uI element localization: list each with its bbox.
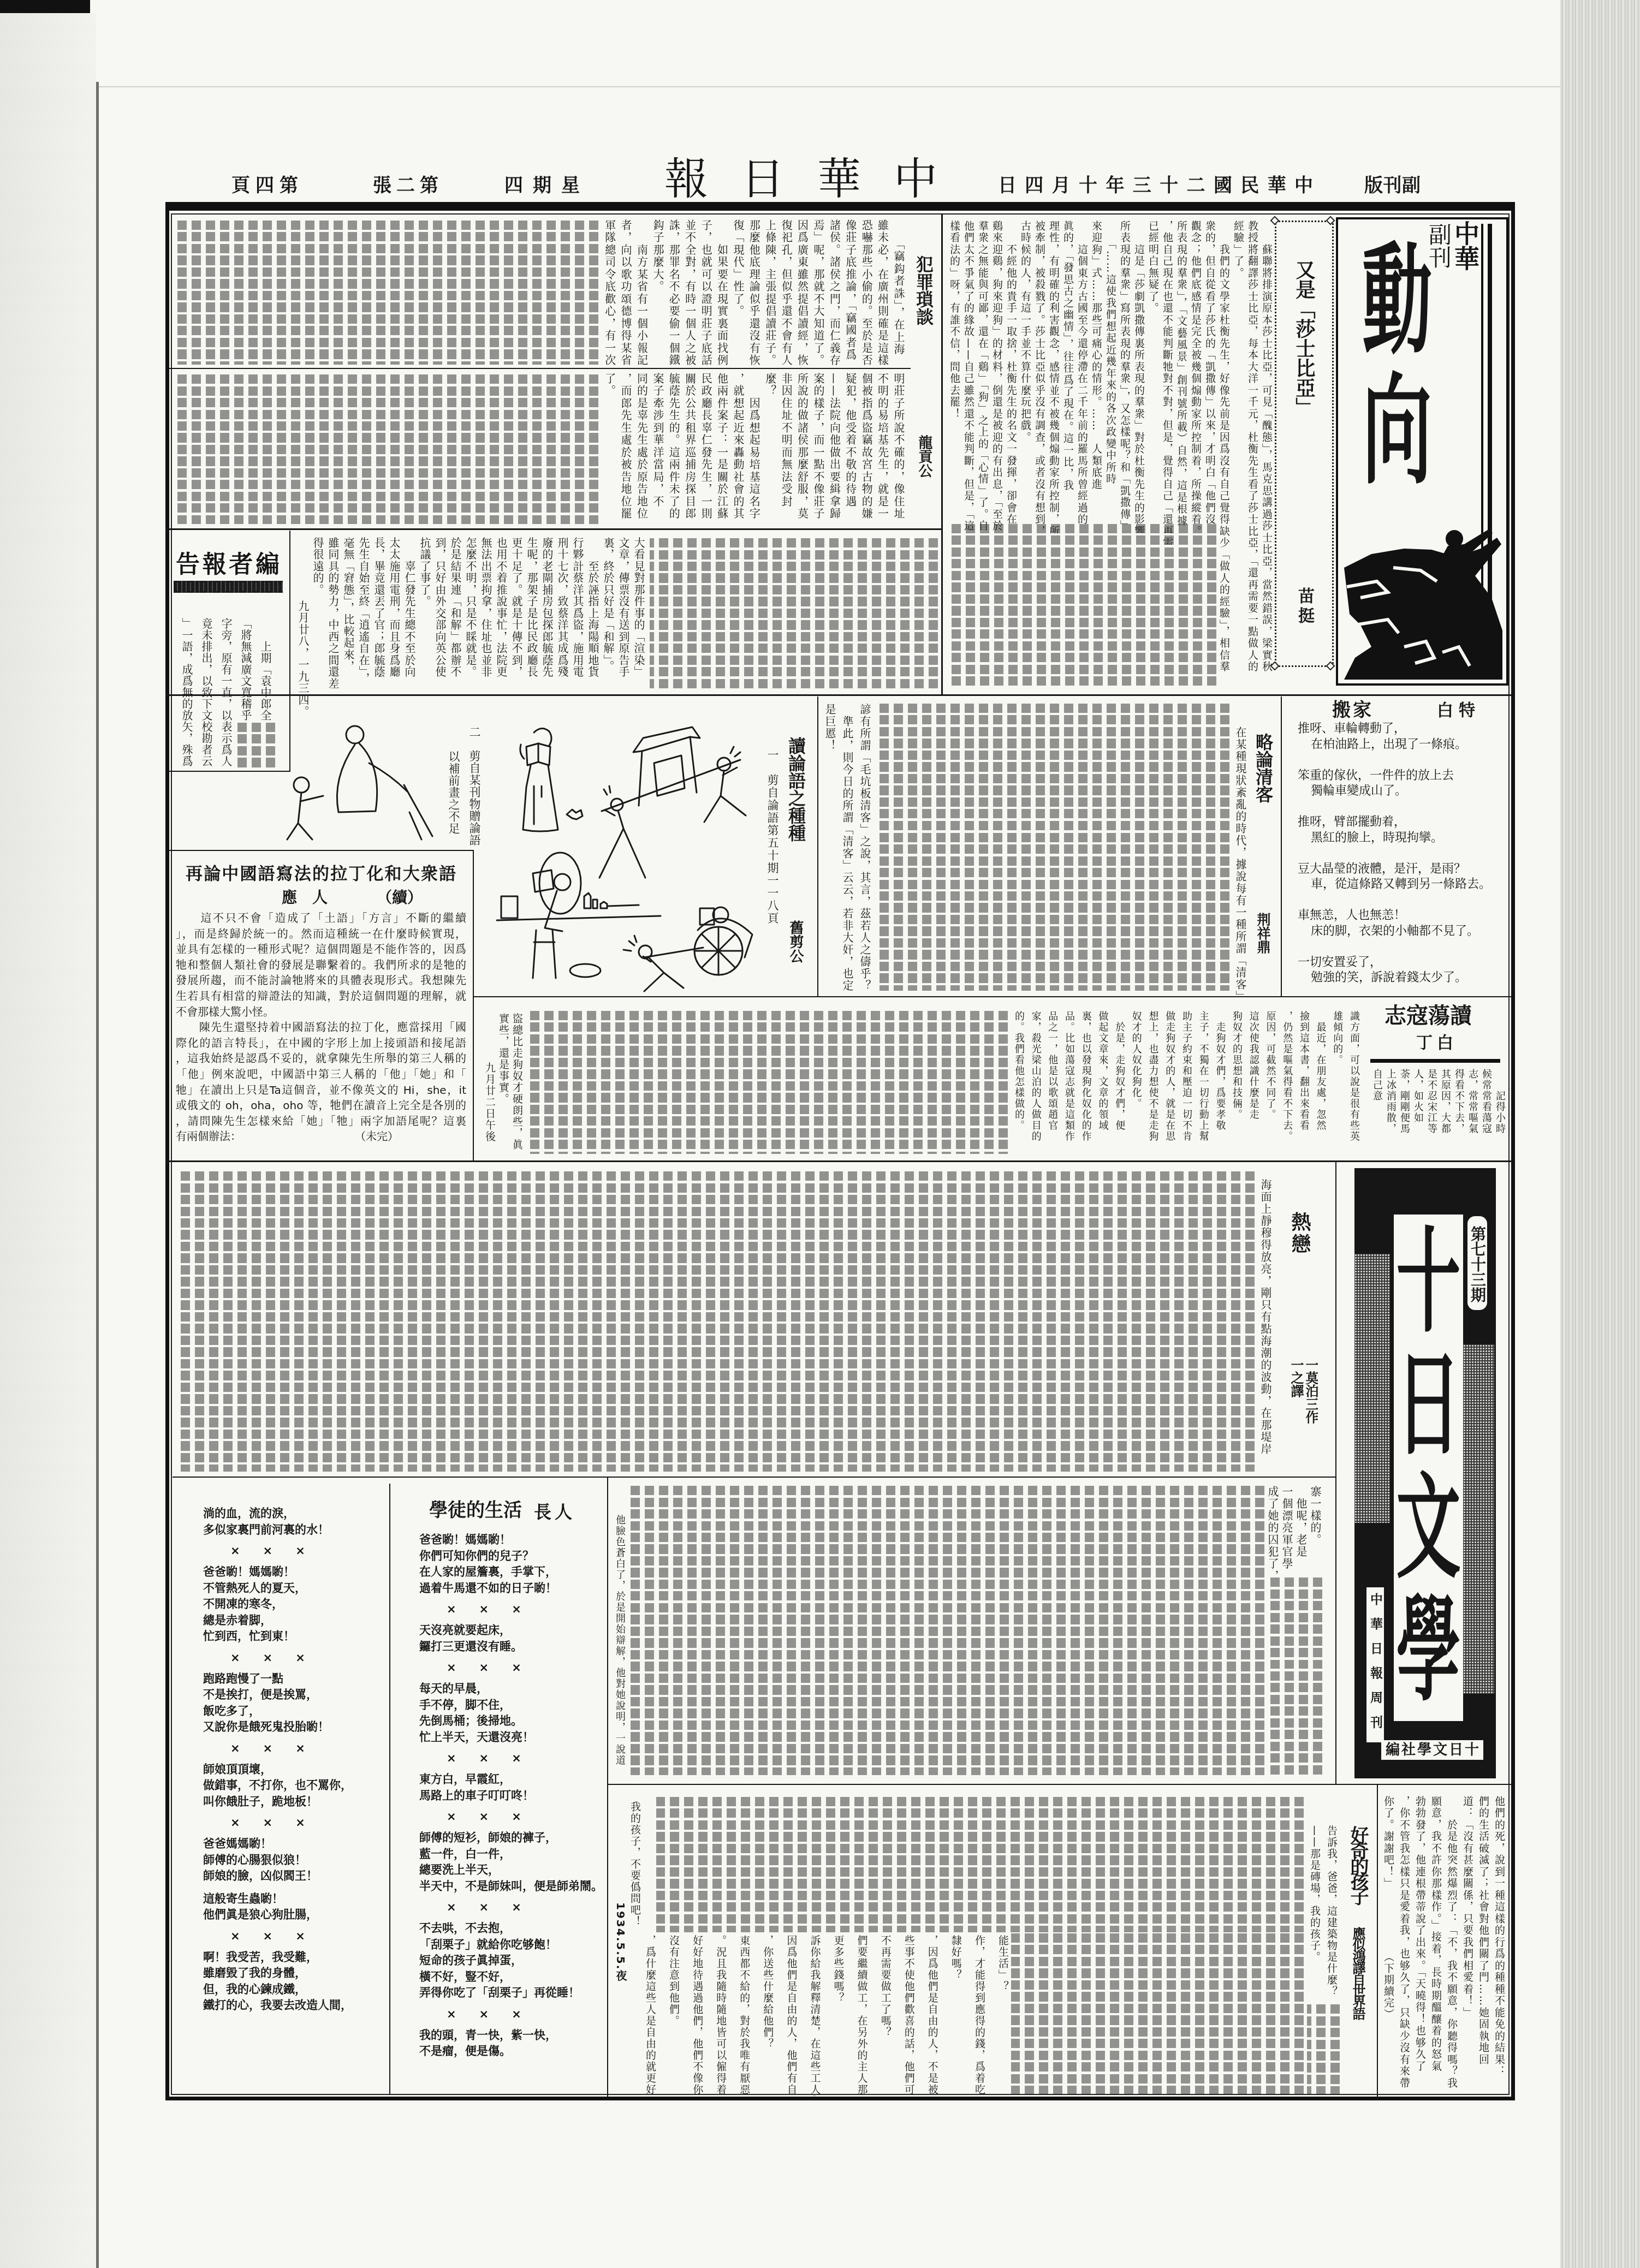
text-column: 關於公共租界巡捕房探目郎 (681, 373, 697, 526)
second-cartoon-note: 以補前畫之不足 (447, 751, 461, 835)
text-column: 經驗」了。 (1231, 221, 1245, 688)
text-column: 願意，我不許你那樣作。」接着，長時期醞釀着的怒氣 (1428, 1796, 1443, 2095)
text-column: 毫無「窘態」，比較起來， (341, 537, 356, 691)
text-column: 更十足了。就是十傳不到， (509, 537, 524, 691)
band-rule (474, 996, 1512, 997)
article-author: 荆祥鼎 (1255, 913, 1271, 954)
text-line: 際化的語言特長」，在中國的字形上加上接頭語和接尾語 (176, 1035, 466, 1051)
poem-line: 過着牛馬還不如的日子喲！ (419, 1580, 606, 1597)
dangkouzhi-closing: 盜總比走狗奴才硬朗些，眞實些，還是事實。 (496, 1013, 524, 1156)
text-column: 奴才的人奴化狗化。 (1127, 1011, 1144, 1145)
article-author: 龍貢公 (916, 435, 932, 478)
text-column: 者，向以歌功頌德博得某省 (617, 219, 633, 368)
section-label: 副刊版 (1364, 174, 1421, 198)
box-rule (165, 850, 474, 851)
text-column: 得很遠的。 (310, 537, 325, 691)
text-column: 隸好嗎？ (949, 1935, 963, 2096)
poem-line: × × × (419, 2001, 606, 2027)
article-closing-column: 他臉色蒼白了，於是開始辯解，他對她說明，一說道 (613, 1515, 627, 1766)
poem-right-column: 爸爸喲！媽媽喲！你們可知你們的兒子？在人家的屋簷裏，手掌下，過着牛馬還不如的日子… (419, 1532, 606, 2059)
tier-rule (173, 1477, 1335, 1478)
poem-line: 先倒馬桶；後掃地。 (419, 1713, 606, 1729)
editor-label: 十日文學社編 (1381, 1740, 1483, 1760)
text-column: 雄傾向的。 (1329, 1011, 1346, 1145)
text-column: 他兩件案子：一是關於江蘇 (714, 373, 729, 526)
article-title: 好奇的孩子 (1347, 1826, 1368, 1902)
poem-line: 勉強的笑，訴說着錢太少了。 (1298, 970, 1508, 986)
page-number: 第四頁 (231, 174, 298, 198)
poem-line: 短命的孩子眞掉蛋， (419, 1952, 606, 1969)
poem-line: 不是瘤，便是傷。 (419, 2043, 606, 2059)
top-heavy-rule (165, 202, 1515, 211)
text-column: 了。 (601, 373, 617, 526)
text-line: ，這我始終是認爲不妥的，就拿陳先生所舉的第三人稱的 (176, 1051, 466, 1067)
text-column: 案子牽涉到華洋當局，不 (650, 373, 665, 526)
text-column: ，你送些什麼給他們？ (760, 1935, 775, 2096)
poem-line: 雖磨毀了我的身體， (203, 1965, 388, 1981)
text-column: ，而郎先生處於被告地位罷 (617, 373, 633, 526)
poem-line: 忙上半天，天還沒亮！ (419, 1729, 606, 1746)
poem-line: × × × (419, 1745, 606, 1771)
lunyu-cartoon-drawing (480, 699, 764, 993)
article-body: 這不只不會「造成了「土語」「方言」不斷的繼續」，而是終歸於統一的。然而這種統一在… (176, 910, 466, 1129)
second-cartoon-caption: 二 剪自某刊物贈論語 (467, 726, 482, 846)
text-column: 家，殺光梁山泊的人做目的 (1027, 1011, 1044, 1145)
text-column: 案的樣子，而一點不像莊子 (810, 373, 826, 526)
text-line: ，請問陳先生怎樣來給「她」「牠」兩字加語尾呢？這裏 (176, 1114, 466, 1129)
text-column: 教授將翻譯莎士比亞，每本大洋一千元，杜衡先生看了莎士比亞，「還再需要一點做人的 (1245, 221, 1259, 688)
text-column: 也用不着推說事忙，法院更 (494, 537, 509, 691)
column-rule (1335, 1162, 1336, 1785)
text-column: 東西都不給的，對於我唯有厭惡 (737, 1935, 751, 2096)
article-dateline: 九月廿八，一九三四。 (296, 600, 310, 718)
poem-line: 爸爸喲！媽媽喲！ (419, 1532, 606, 1548)
text-column: 們要繼續做工，在另外的主人那 (855, 1935, 869, 2096)
text-column: 因爲廣東雖然提倡讀經，恢 (794, 219, 810, 368)
poem-line: × × × (203, 1809, 388, 1836)
column-rule (941, 214, 943, 694)
crime-tier3: 大看見對那件事的「渲染」文章，傳票沒有送到原告手裏，終於只好是「和解」。 至於誣… (310, 537, 646, 691)
poem-line: 手不停，脚不住， (419, 1697, 606, 1713)
illegible-text-columns (951, 524, 1216, 686)
poem-line: 推呀，臂部擺動着， (1298, 814, 1508, 830)
second-cartoon-drawing (175, 703, 442, 848)
poem-line: × × × (203, 1538, 388, 1564)
text-column: 一個漂亮軍官學 (1280, 1486, 1294, 1576)
poem-line: 不是挨打，便是挨罵， (203, 1687, 388, 1703)
text-column: ，仍然是嘔氣得看不下去。 (1278, 1011, 1295, 1145)
text-column: ，就想起近來轟動社會的其 (730, 373, 746, 526)
newspaper-title: 中華日報 (664, 154, 937, 204)
editor-report-title: 編者報告 (176, 551, 280, 579)
text-column: 他呢，老是 (1294, 1486, 1308, 1576)
article-title: 再論中國語寫法的拉丁化和大衆語 (186, 863, 456, 885)
text-column: 個被指爲盜竊故宮古物的嫌 (858, 373, 874, 526)
masthead-title-char-dong: 動 (1359, 243, 1435, 362)
poem-line: 半天中，不是師妹叫，便是師弟鬧。 (419, 1878, 606, 1895)
text-column: 抗議了事了。 (417, 537, 432, 691)
text-column: 做走狗奴才的人，就是在思 (1161, 1011, 1178, 1145)
credit-column: 一之譯 (1288, 1358, 1303, 1424)
illegible-text-columns (1265, 1578, 1322, 1775)
illegible-text-columns (1011, 1933, 1304, 2095)
text-column: 太太施用電刑，而且身爲廳 (387, 537, 402, 691)
text-column: 品之一，他是以歌頌趙官 (1044, 1011, 1061, 1145)
text-column: 狗奴才的思想和技倆。 (1228, 1011, 1245, 1145)
dongxiang-masthead: 中華 副刊 動 向 (1336, 217, 1508, 686)
text-column: 主子，不獨在一切行動上幫 (1195, 1011, 1211, 1145)
poem-line: 這般寄生蟲喲！ (203, 1891, 388, 1907)
text-column: 告訴我，爸爸，這建築物是什麼？ (1323, 1825, 1340, 2005)
text-column: 刑十七次，致蔡洋其成爲殘 (555, 537, 570, 691)
text-column: 南方某省有一個小報記 (633, 219, 649, 368)
column-rule (1377, 1785, 1378, 2097)
text-column: 。況且我隨時隨地皆可以僱得着 (714, 1935, 728, 2096)
poem-line: 但，我的心鍊成鐵， (203, 1981, 388, 1998)
dangkouzhi-body: 識方面，可以說是很有些英雄傾向的。 最近，在朋友處，忽然撿到這本書，翻出來看看，… (1010, 1011, 1362, 1145)
text-column: 明莊子所說不確的，像住址 (890, 373, 906, 526)
masthead-runner-silhouette-icon (1338, 516, 1506, 682)
relian-ending: 他們的死，說到一種這樣的行爲的種種不能免的結果：們的生活破滅了；社會對他們關了門… (1380, 1796, 1507, 2095)
poem-line: 飯吃多了， (203, 1703, 388, 1719)
text-column: 裏，也以發現狗化奴化的作 (1077, 1011, 1094, 1145)
masthead-paper-name: 中華 (1452, 221, 1478, 271)
text-column: 盜總比走狗奴才硬朗些，眞 (510, 1013, 524, 1156)
poem-line: 豆大晶瑩的液體，是汗，是雨？ (1298, 861, 1508, 877)
poem-lines: 推呀、車輪轉動了，在柏油路上，出現了一條痕。笨重的傢伙，一件件的放上去獨輪車變成… (1298, 721, 1508, 1001)
text-column: 因爲想起易培基這名字 (746, 373, 762, 526)
text-line: 不會那樣大驚小怪。 (176, 1004, 466, 1020)
poem-line: 多似家裏門前河裏的水！ (203, 1522, 388, 1538)
poem-line: 爸爸媽媽喲！ (203, 1836, 388, 1852)
text-column: 裏，終於只好是「和解」。 (601, 537, 616, 691)
poem-line: 總是赤着脚， (203, 1612, 388, 1629)
column-rule (389, 1484, 390, 2095)
article-opening-column: 在某種現狀紊亂的時代，據說每有一種所謂「清客」 (1233, 703, 1248, 1003)
poem-title: 搬家 (1332, 699, 1374, 721)
column-rule (817, 697, 818, 997)
text-line: 發展所趨，而不能討論牠將來的具體表現形式。我想陳先 (176, 973, 466, 989)
text-column: 助主子約束和壓迫一切不肯 (1178, 1011, 1195, 1145)
article-credits: 一莫泊三作一之譯 (1288, 1358, 1318, 1424)
article-title: 犯罪瑣談 (914, 255, 934, 325)
poem-line: 馬路上的車子叮叮咚！ (419, 1788, 606, 1804)
text-column: 你了。謝謝吧！」 (1380, 1796, 1396, 2095)
poem-left-column: 淌的血，流的淚，多似家裏門前河裏的水！× × ×爸爸喲！媽媽喲！不管熱死人的夏天… (203, 1505, 388, 2014)
masthead-title-char-xiang: 向 (1359, 373, 1435, 492)
scan-right-margin (1560, 0, 1640, 2268)
article-translator: 應似鴻譯自世界語 (1350, 1927, 1366, 2019)
to-be-continued-mark: （下期續完） (1381, 1951, 1396, 2020)
poem-line: × × × (419, 1803, 606, 1830)
poem-line: 啊！我受苦，我受難， (203, 1949, 388, 1966)
poem-line: 一切安置妥了， (1298, 955, 1508, 971)
stipple-band (1463, 1344, 1494, 1694)
cartoon-source: 一 剪自論語第五十期一一八頁 (765, 749, 780, 925)
poem-line: 橫不好，豎不好， (419, 1969, 606, 1985)
text-column: 做起文章來，文章的領域 (1094, 1011, 1111, 1145)
illegible-text-columns (877, 704, 1229, 991)
text-column: 勃勃發了，他連根帶蒂說了出來。「天曉得！也够久了 (1412, 1796, 1428, 2095)
sheet-number: 第二張 (373, 174, 438, 198)
stipple-band (1354, 1254, 1390, 1523)
text-column: 因爲他們是自由的人，他們有自己 (784, 1935, 798, 2096)
scan-corner-mark (0, 0, 90, 13)
text-column: 上條陳，主張提倡讀莊子。 (762, 219, 777, 368)
poem-line: 跑路跑慢了一點 (203, 1671, 388, 1687)
text-column: 作，才能得到應得的錢，爲着吃 (972, 1935, 987, 2096)
text-column: 先生自始至終「逍遙自在」， (356, 537, 371, 691)
poem-author: 白特 (1437, 701, 1481, 721)
text-column: 些事不使他們歡喜的話，他們可 (902, 1935, 916, 2096)
newspaper-page: 第四頁 第二張 星期四 中華日報 中華民國二十三年十月四日 副刊版 中華 副刊 … (0, 0, 1640, 2268)
text-column: 蘇聯將排演原本莎士比亞，可見「醜態」，馬克思講過莎士比亞，當然錯誤，梁實秋 (1259, 221, 1274, 688)
text-column: 不再需要做工了嗎？ (878, 1935, 893, 2096)
column-rule (607, 1478, 608, 2099)
text-column: 至於誣指上海陽順地貨 (585, 537, 601, 691)
text-column: 識方面，可以說是很有些英 (1345, 1011, 1362, 1145)
illegible-text-columns (628, 1486, 1264, 1775)
band-rule (165, 1160, 1512, 1162)
crime-tier2: 明莊子所說不確的，像住址不明的易培基先生，就是一個被指爲盜竊故宮古物的嫌疑犯，他… (601, 373, 906, 526)
text-column: 於是結果連「和解」都辦不 (448, 537, 463, 691)
poem-line: 東方白，早霞紅， (419, 1771, 606, 1788)
text-column: 麼？ (762, 373, 777, 526)
paper-left-edge-line (96, 82, 99, 2268)
credit-column: 一莫泊三作 (1303, 1358, 1318, 1424)
masthead-title-char: 文 (1394, 1471, 1463, 1584)
issue-date: 中華民國二十三年十月四日 (998, 174, 1313, 198)
poem-line: × × × (419, 1654, 606, 1681)
poem-line: 鐵打的心，我要去改造人間， (203, 1997, 388, 2014)
text-column: ——那是磚場，我的孩子。 (1306, 1825, 1323, 2005)
text-column: 復祀孔，但似乎還不會有人 (778, 219, 794, 368)
illegible-text-columns (525, 1011, 1008, 1154)
text-column: 無法出票拘拿，住址也並非 (478, 537, 494, 691)
poem-title: 學徒的生活 (429, 1499, 522, 1522)
text-column: 他們的死，說到一種這樣的行爲的種種不能免的結果： (1491, 1796, 1507, 2095)
poem-line: 他們眞是狼心狗肚腸， (203, 1907, 388, 1923)
text-column: 道：「沒有甚麼關係，只要我們相愛着！」 (1459, 1796, 1475, 2095)
poem-line: 又說你是餓死鬼投胎喲！ (203, 1719, 388, 1735)
poem-line: 師娘頂頂壞， (203, 1761, 388, 1778)
text-line: 這不只不會「造成了「土語」「方言」不斷的繼續 (176, 910, 466, 926)
article-final-column: 我的孩子，不要僞問吧！ (628, 1801, 642, 1927)
illegible-text-columns (656, 1797, 1304, 1932)
poem-line: × × × (203, 1645, 388, 1671)
masthead-title-char: 日 (1394, 1348, 1463, 1461)
article-author: 苗挺 (1295, 587, 1314, 627)
article-dateline: 1934.5.5.夜 (614, 1902, 628, 1982)
text-column: 「竊鈎者誅」，在上海 (890, 219, 906, 368)
article-last-line: 有兩個辦法： (176, 1129, 241, 1145)
poem-author: 長人 (534, 1501, 575, 1523)
text-column: 長，畢竟還丟了官；郎毓蔭 (371, 537, 387, 691)
crime-tier1: 「竊鈎者誅」，在上海雖未必，在廣州則確是這樣恐嚇那些小偷的。至於是否像莊子底推論… (601, 219, 906, 368)
text-column: 雖同具的勢力，中西之間還差 (325, 537, 341, 691)
poem-line: 黑紅的臉上，時現拘攣。 (1298, 830, 1508, 846)
text-column: 辜仁發先生總不至於向 (402, 537, 417, 691)
text-column: 子，也就可以證明莊子底話 (698, 219, 714, 368)
text-column: 沒有注意到他們。 (667, 1935, 681, 2096)
illegible-text-columns (176, 1171, 1255, 1472)
curious-child-opening: 告訴我，爸爸，這建築物是什麼？——那是磚場，我的孩子。 (1306, 1825, 1340, 2005)
illegible-text-columns (174, 374, 598, 524)
text-column: 疑犯，他受着不敬的待遇 (842, 373, 858, 526)
illegible-text-columns (1307, 2004, 1340, 2095)
masthead-title-char: 學 (1394, 1594, 1463, 1707)
relian-tierB-opening: 寨一樣的。 他呢，老是一個漂亮軍官學成了她的囚犯了， (1265, 1486, 1322, 1576)
text-column: 雖未必，在廣州則確是這樣 (874, 219, 890, 368)
text-column: 諸侯。諸侯之門，而仁義存 (826, 219, 842, 368)
text-column: 能生活」？ (996, 1935, 1010, 2096)
text-column: 訴你給我解釋清楚，在這些工人與 (807, 1935, 822, 2096)
text-column: ——法院向他做出要緝拿歸 (826, 373, 842, 526)
continued-mark: （續） (377, 889, 423, 907)
text-column: 撿到這本書，翻出來看看 (1295, 1011, 1312, 1145)
poem-line: 我的頭，青一快，紫一快， (419, 2027, 606, 2044)
text-column: 鈎子那麼大。 (650, 219, 665, 368)
text-line: 」，而是終歸於統一的。然而這種統一在什麼時候實現， (176, 926, 466, 942)
qingke-closing-columns: 諺有所謂「毛坑板清客」之說，其言，茲若人之儔乎？ 準此，則今日的所謂「清客」云云… (821, 704, 874, 992)
poem-line: 在柏油路上，出現了一條痕。 (1298, 737, 1508, 753)
tier-rule (169, 368, 911, 369)
text-column: 恐嚇那些小偷的。至於是否 (858, 219, 874, 368)
poem-line: × × × (203, 1735, 388, 1761)
text-column: 好好地待遇過他們，他們不像你 (690, 1935, 704, 2096)
poem-line: 在人家的屋簷裏，手掌下， (419, 1564, 606, 1580)
poem-line: 弄得你吃了「刮栗子」再從睡！ (419, 1985, 606, 2001)
poem-line: 師傅的心腸狠似狼！ (203, 1852, 388, 1868)
text-column: 生呢，那架子是比民政廳長 (524, 537, 539, 691)
text-column: 實些，還是事實。 (496, 1013, 510, 1156)
text-line: 生若具有相當的辯證法的知識，對於這個問題的理解，就 (176, 989, 466, 1004)
text-column: ，你不管我怎樣只是愛着我，也够久了，只缺少沒有來帶 (1396, 1796, 1412, 2095)
title-underline (1370, 1059, 1500, 1063)
text-column: 想上，也盡力想使不是走狗 (1144, 1011, 1161, 1145)
text-column: 的。我們看他怎樣做的。 (1010, 1011, 1027, 1145)
article-author: 白丁 (1416, 1033, 1453, 1053)
text-line: 牠」在讀出上只是Ta這個音，並不像英文的 Hi，she，it (176, 1082, 466, 1098)
paper-top-edge-line (99, 86, 1562, 87)
text-column: 準此，則今日的所謂「清客」云云，若非大奸，也定 (839, 704, 856, 992)
text-column: 廢的老閘捕房包探郎毓蔭先 (539, 537, 555, 691)
poem-line: 每天的早晨， (419, 1681, 606, 1697)
poem-line: 推呀、車輪轉動了， (1298, 721, 1508, 737)
text-column: ，爲什麼這些人是自由的就更好 (643, 1935, 657, 2096)
text-column: 更多些錢嗎？ (831, 1935, 846, 2096)
text-column: 最近，在朋友處，忽然 (1312, 1011, 1329, 1145)
poem-line: 車無恙，人也無恙！ (1298, 908, 1508, 924)
text-column: 怎麼不明，只是不睬就是。 (463, 537, 478, 691)
poem-line: × × × (419, 1596, 606, 1622)
cartoon-artist: 舊剪公 (787, 920, 804, 963)
text-line: 陳先生還堅持着中國語寫法的拉丁化，應當採用「國 (176, 1020, 466, 1035)
text-column: 復「現代」性了。 (730, 219, 746, 368)
poem-line: 鑼打三更還沒有睡。 (419, 1639, 606, 1655)
curious-child-later-columns: 能生活」？作，才能得到應得的錢，爲着吃隸好嗎？，因爲他們是自由的人，不是被些事不… (643, 1935, 1010, 2096)
text-column: 成了她的囚犯了， (1265, 1486, 1280, 1576)
text-column: 所說的做諸侯那麼舒服，莫 (794, 373, 810, 526)
text-column: 如果要在現實裏面找例 (714, 219, 729, 368)
text-column: 誅，那罪名不必要偷一個鐵 (665, 219, 681, 368)
poem-line: 笨重的傢伙，一件件的放上去 (1298, 768, 1508, 784)
poem-line: 忙到西，忙到東！ (203, 1628, 388, 1645)
text-column: 軍隊總司令底歡心，有一次 (601, 219, 617, 368)
text-column: 文章，傳票沒有送到原告手 (616, 537, 631, 691)
column-rule (473, 850, 474, 1162)
scan-left-margin (0, 13, 96, 2268)
unfinished-mark: （未完） (355, 1129, 399, 1145)
poem-line: 天沒亮就要起床， (419, 1622, 606, 1639)
text-column: 原因，可截然不同了。 (1262, 1011, 1279, 1145)
poem-line: 不管熱死人的夏天， (203, 1580, 388, 1597)
article-dateline: 九月廿二日午後 (483, 1062, 496, 1142)
poem-line: 「刮栗子」就給你吃够飽！ (419, 1937, 606, 1953)
article-author: 應人 (282, 889, 343, 907)
text-column: 們的生活破滅了；社會對他們關了門……她固執地回 (1475, 1796, 1491, 2095)
text-line: 並具有怎樣的一種形式呢？這個問題是不能作答的，因爲 (176, 942, 466, 957)
poem-line: 車，從這條路又轉到另一條路去。 (1298, 877, 1508, 892)
tier-rule (165, 528, 942, 530)
text-line: 或俄文的 oh，oha，oho 等，牠們在讀音上完全是各別的 (176, 1098, 466, 1114)
text-column: 行夥計蔡洋其爲盜，施用電 (570, 537, 585, 691)
text-column: 那麼他底理論似乎還沒有恢 (746, 219, 762, 368)
text-column: 諺有所謂「毛坑板清客」之說，其言，茲若人之儔乎？ (856, 704, 874, 992)
poem-line: × × × (419, 1894, 606, 1920)
text-column: 非因住址不明而無法受封 (778, 373, 794, 526)
shiri-wenxue-masthead: 十 日 文 學 第七十三期 中華日報周刊 十日文學社編 (1354, 1168, 1496, 1778)
text-column: 於是，走狗奴才們，便 (1110, 1011, 1127, 1145)
article-intro: 記得小時候常常看蕩寇志，常常嘔氣得看不下去，其原因，大都是不忍宋江等人，如火如荼… (1369, 1069, 1507, 1144)
poem-line: 叫你餓肚子，跪地板！ (203, 1794, 388, 1810)
text-line: 牠和整個人類社會的發展是聯繫着的。我們所求的是牠的 (176, 957, 466, 973)
text-column: 像莊子底推論，「竊國者爲 (842, 219, 858, 368)
text-column: 毓蔭先生的。這兩件未了的 (665, 373, 681, 526)
article-opening-column: 海面上靜穆得放亮，剛只有點海潮的波動，在那堤岸 (1258, 1179, 1273, 1455)
poem-line: 床的脚，衣架的小軸都不見了。 (1298, 924, 1508, 939)
text-column: 不明的易培基先生，就是一 (874, 373, 890, 526)
poem-line: 淌的血，流的淚， (203, 1505, 388, 1522)
text-column: 這次使我認識什麼是走 (1245, 1011, 1262, 1145)
text-line: 「他」例來說吧，中國語中第三人稱的「他」「她」和「 (176, 1067, 466, 1082)
editor-report-ornament (174, 581, 283, 593)
text-column: 品。比如蕩寇志就是這類作 (1060, 1011, 1077, 1145)
text-column: 走狗奴才們，爲要孝敬 (1211, 1011, 1228, 1145)
poem-line: 獨輪車變成山了。 (1298, 783, 1508, 799)
poem-line: 師傅的短衫，師娘的褲子， (419, 1830, 606, 1846)
article-title: 讀蕩寇志 (1398, 1003, 1472, 1028)
poem-line: 藍一件，白一件， (419, 1846, 606, 1862)
text-column: 同的是辜先生處於原告地位 (633, 373, 649, 526)
article-title: 又是「莎士比亞」 (1293, 260, 1315, 417)
masthead-title-char: 十 (1394, 1225, 1463, 1338)
poem-line: 總要洗上半天， (419, 1862, 606, 1878)
poem-line: 你們可知你們的兒子？ (419, 1548, 606, 1564)
band-rule (165, 694, 1512, 696)
weekday: 星期四 (504, 174, 580, 198)
poem-line: × × × (203, 1923, 388, 1949)
text-column: 我們的文學家杜衡先生，好像先前是因爲沒有自己覺得缺少「做人的經驗」，相信羣 (1217, 221, 1231, 688)
article-title: 熱戀 (1288, 1212, 1310, 1255)
poem-line: 做錯事，不打你，也不罵你， (203, 1777, 388, 1794)
issue-number-badge: 第七十三期 (1467, 1216, 1487, 1310)
text-column: 大看見對那件事的「渲染」 (631, 537, 646, 691)
text-column: ，因爲他們是自由的人，不是被 (925, 1935, 940, 2096)
illegible-text-columns (650, 538, 938, 690)
poem-line: 師娘的臉，凶似閻王！ (203, 1868, 388, 1884)
publication-label: 中華日報周刊 (1366, 1587, 1384, 1742)
